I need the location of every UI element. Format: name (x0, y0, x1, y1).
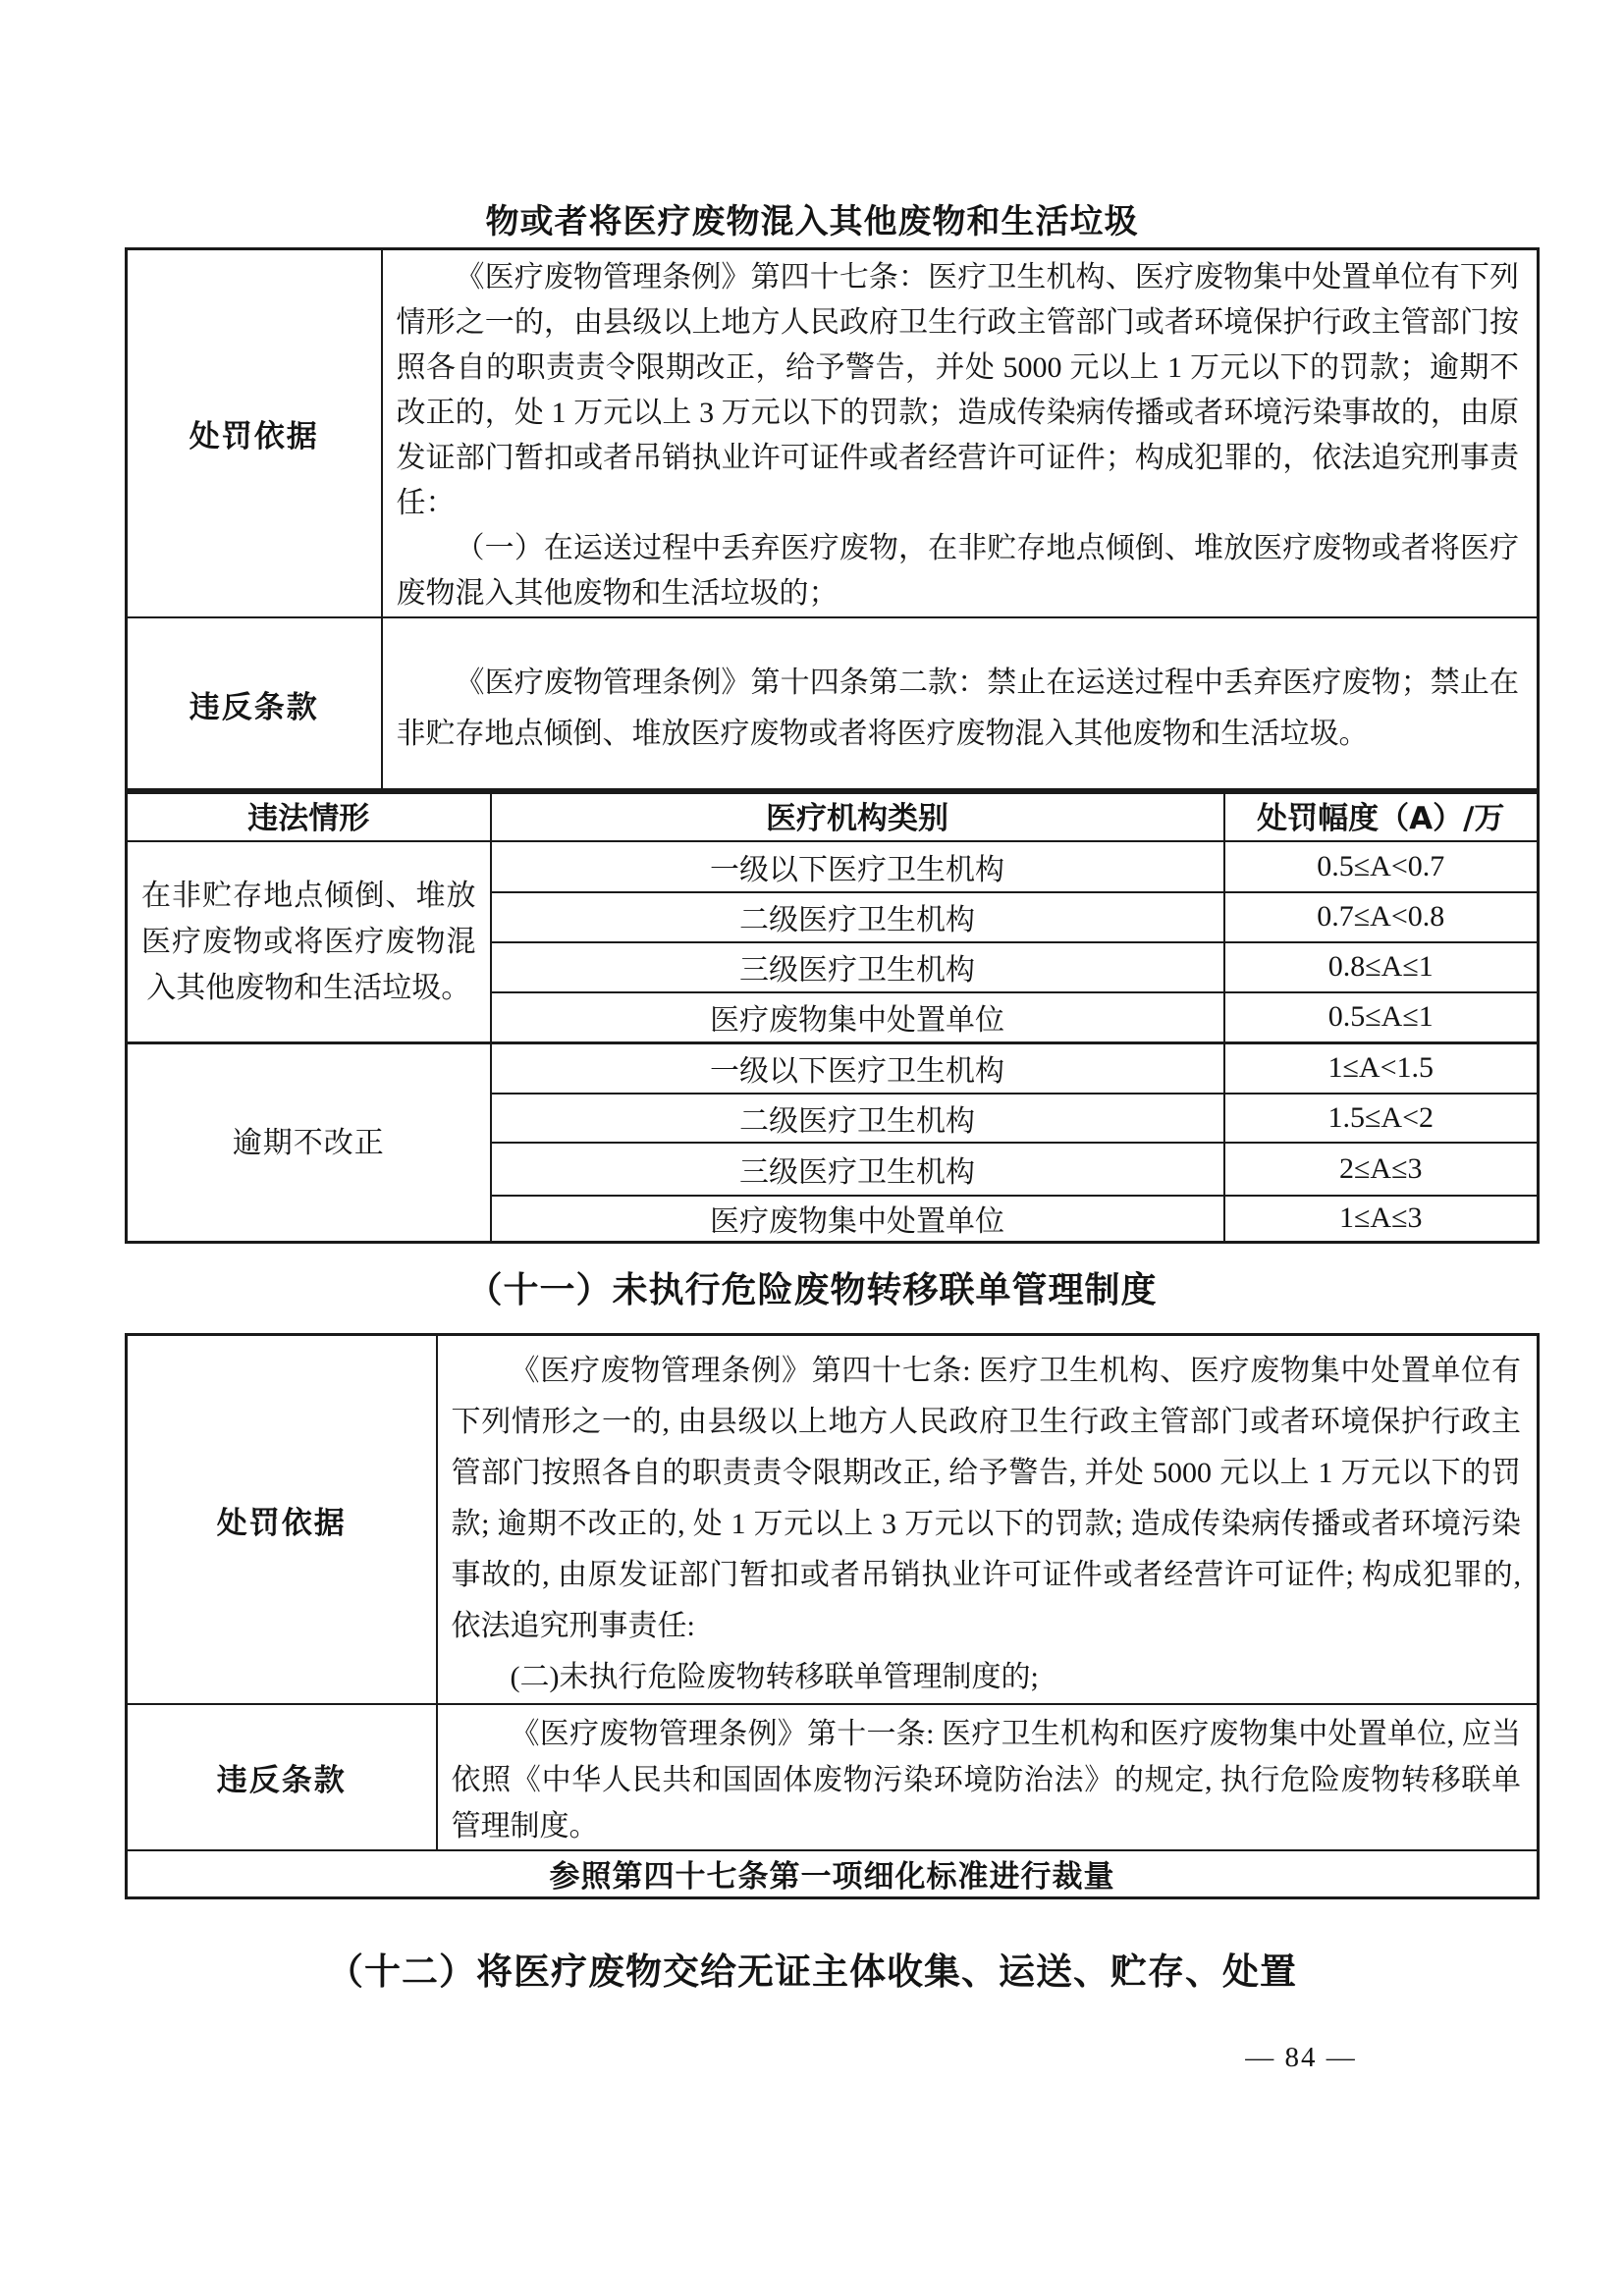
col-header-org-type: 医疗机构类别 (491, 790, 1224, 841)
org-type-cell: 三级医疗卫生机构 (491, 1143, 1224, 1196)
penalty-range-cell: 2≤A≤3 (1224, 1143, 1539, 1196)
penalty-range-cell: 0.8≤A≤1 (1224, 942, 1539, 992)
page-number: — 84 — (1222, 2042, 1380, 2074)
table-row: 参照第四十七条第一项细化标准进行裁量 (127, 1850, 1539, 1897)
penalty-basis-label: 处罚依据 (127, 249, 382, 618)
continuation-heading: 物或者将医疗废物混入其他废物和生活垃圾 (0, 194, 1624, 242)
penalty-range-cell: 1≤A≤3 (1224, 1196, 1539, 1243)
section-11-heading: （十一）未执行危险废物转移联单管理制度 (0, 1262, 1624, 1312)
table-row: 违反条款 《医疗废物管理条例》第十一条: 医疗卫生机构和医疗废物集中处置单位, … (127, 1704, 1539, 1850)
violated-clause-text: 《医疗废物管理条例》第十一条: 医疗卫生机构和医疗废物集中处置单位, 应当依照《… (437, 1704, 1539, 1850)
paragraph: 《医疗废物管理条例》第十四条第二款：禁止在运送过程中丢弃医疗废物；禁止在非贮存地… (397, 658, 1520, 760)
table-header-row: 违法情形 医疗机构类别 处罚幅度（A）/万 (127, 790, 1539, 841)
penalty-basis-label: 处罚依据 (127, 1335, 437, 1705)
situation-group-2: 逾期不改正 (127, 1043, 491, 1243)
paragraph: 《医疗废物管理条例》第四十七条：医疗卫生机构、医疗废物集中处置单位有下列情形之一… (397, 255, 1520, 526)
penalty-range-cell: 0.7≤A<0.8 (1224, 892, 1539, 942)
penalty-basis-text: 《医疗废物管理条例》第四十七条：医疗卫生机构、医疗废物集中处置单位有下列情形之一… (382, 249, 1539, 618)
situation-group-1: 在非贮存地点倾倒、堆放医疗废物或将医疗废物混入其他废物和生活垃圾。 (127, 841, 491, 1043)
penalty-range-cell: 0.5≤A<0.7 (1224, 841, 1539, 892)
org-type-cell: 一级以下医疗卫生机构 (491, 1043, 1224, 1094)
table-row: 处罚依据 《医疗废物管理条例》第四十七条: 医疗卫生机构、医疗废物集中处置单位有… (127, 1335, 1539, 1705)
col-header-situation: 违法情形 (127, 790, 491, 841)
org-type-cell: 三级医疗卫生机构 (491, 942, 1224, 992)
paragraph: (二)未执行危险废物转移联单管理制度的; (452, 1652, 1522, 1703)
violated-clause-label: 违反条款 (127, 1704, 437, 1850)
section-11-table: 处罚依据 《医疗废物管理条例》第四十七条: 医疗卫生机构、医疗废物集中处置单位有… (125, 1333, 1540, 1899)
table-row: 违反条款 《医疗废物管理条例》第十四条第二款：禁止在运送过程中丢弃医疗废物；禁止… (127, 617, 1539, 792)
paragraph: 《医疗废物管理条例》第四十七条: 医疗卫生机构、医疗废物集中处置单位有下列情形之… (452, 1346, 1522, 1652)
org-type-cell: 医疗废物集中处置单位 (491, 1196, 1224, 1243)
violated-clause-label: 违反条款 (127, 617, 382, 792)
org-type-cell: 一级以下医疗卫生机构 (491, 841, 1224, 892)
org-type-cell: 医疗废物集中处置单位 (491, 992, 1224, 1043)
table-row: 处罚依据 《医疗废物管理条例》第四十七条：医疗卫生机构、医疗废物集中处置单位有下… (127, 249, 1539, 618)
section-12-heading: （十二）将医疗废物交给无证主体收集、运送、贮存、处置 (0, 1942, 1624, 1995)
org-type-cell: 二级医疗卫生机构 (491, 1094, 1224, 1143)
table-row: 在非贮存地点倾倒、堆放医疗废物或将医疗废物混入其他废物和生活垃圾。 一级以下医疗… (127, 841, 1539, 892)
penalty-grading-table: 违法情形 医疗机构类别 处罚幅度（A）/万 在非贮存地点倾倒、堆放医疗废物或将医… (125, 788, 1540, 1244)
penalty-range-cell: 1.5≤A<2 (1224, 1094, 1539, 1143)
paragraph: 《医疗废物管理条例》第十一条: 医疗卫生机构和医疗废物集中处置单位, 应当依照《… (452, 1711, 1522, 1849)
penalty-range-cell: 1≤A<1.5 (1224, 1043, 1539, 1094)
penalty-range-cell: 0.5≤A≤1 (1224, 992, 1539, 1043)
paragraph: （一）在运送过程中丢弃医疗废物，在非贮存地点倾倒、堆放医疗废物或者将医疗废物混入… (397, 526, 1520, 616)
org-type-cell: 二级医疗卫生机构 (491, 892, 1224, 942)
violated-clause-text: 《医疗废物管理条例》第十四条第二款：禁止在运送过程中丢弃医疗废物；禁止在非贮存地… (382, 617, 1539, 792)
penalty-basis-text: 《医疗废物管理条例》第四十七条: 医疗卫生机构、医疗废物集中处置单位有下列情形之… (437, 1335, 1539, 1705)
document-page: 物或者将医疗废物混入其他废物和生活垃圾 处罚依据 《医疗废物管理条例》第四十七条… (0, 0, 1624, 2296)
penalty-basis-table: 处罚依据 《医疗废物管理条例》第四十七条：医疗卫生机构、医疗废物集中处置单位有下… (125, 247, 1540, 794)
table-row: 逾期不改正 一级以下医疗卫生机构 1≤A<1.5 (127, 1043, 1539, 1094)
reference-note: 参照第四十七条第一项细化标准进行裁量 (127, 1850, 1539, 1897)
col-header-penalty-range: 处罚幅度（A）/万 (1224, 790, 1539, 841)
